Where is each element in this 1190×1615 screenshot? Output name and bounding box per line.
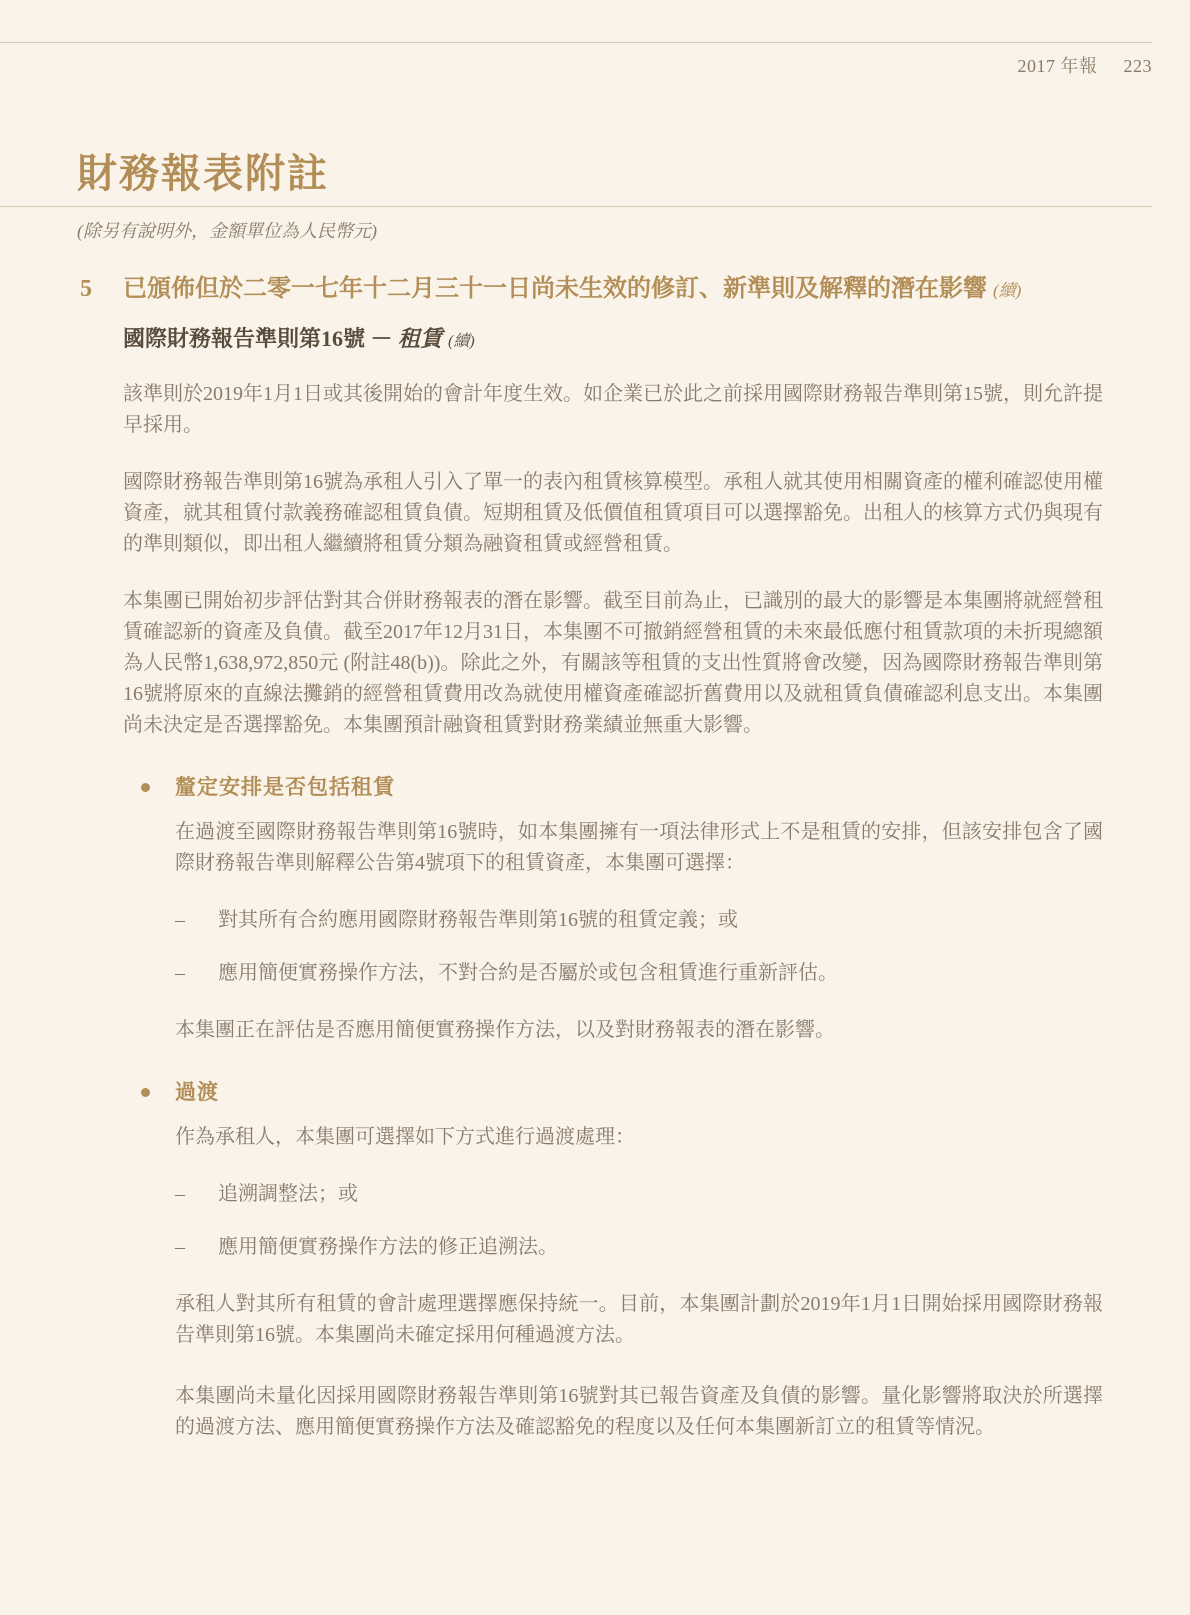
dash-icon: – [175, 905, 185, 936]
bullet-closing-paragraph: 本集團尚未量化因採用國際財務報告準則第16號對其已報告資產及負債的影響。量化影響… [175, 1381, 1103, 1443]
section-number: 5 [80, 272, 92, 306]
bullet-intro: 在過渡至國際財務報告準則第16號時，如本集團擁有一項法律形式上不是租賃的安排，但… [175, 817, 1103, 879]
list-item-text: 應用簡便實務操作方法的修正追溯法。 [218, 1236, 558, 1258]
report-page: 2017 年報223 財務報表附註 (除另有說明外，金額單位為人民幣元) 5 已… [0, 0, 1190, 1615]
page-header: 2017 年報223 [1018, 52, 1153, 78]
list-item: – 應用簡便實務操作方法的修正追溯法。 [175, 1232, 1103, 1263]
bullet-icon [141, 783, 150, 792]
bullet-closing-paragraph: 本集團正在評估是否應用簡便實務操作方法，以及對財務報表的潛在影響。 [175, 1015, 1103, 1046]
list-item-text: 追溯調整法；或 [218, 1183, 358, 1205]
list-item: – 追溯調整法；或 [175, 1179, 1103, 1210]
list-item-text: 應用簡便實務操作方法，不對合約是否屬於或包含租賃進行重新評估。 [218, 962, 838, 984]
section-heading-text: 已頒佈但於二零一七年十二月三十一日尚未生效的修訂、新準則及解釋的潛在影響 [123, 276, 987, 302]
list-item: – 對其所有合約應用國際財務報告準則第16號的租賃定義；或 [175, 905, 1103, 936]
dash-icon: – [175, 958, 185, 989]
paragraph: 本集團已開始初步評估對其合併財務報表的潛在影響。截至目前為止，已識別的最大的影響… [123, 586, 1103, 741]
section-heading: 5 已頒佈但於二零一七年十二月三十一日尚未生效的修訂、新準則及解釋的潛在影響(續… [123, 272, 1103, 308]
bullet-icon [141, 1088, 150, 1097]
subheading-continued-note: (續) [448, 333, 475, 350]
document-title: 財務報表附註 [77, 142, 329, 199]
bullet-heading: 釐定安排是否包括租賃 [175, 771, 1103, 803]
subheading-main: 國際財務報告準則第16號 － [123, 326, 398, 351]
bullet-intro: 作為承租人，本集團可選擇如下方式進行過渡處理： [175, 1122, 1103, 1153]
top-rule [0, 42, 1152, 43]
bullet-closing-paragraph: 承租人對其所有租賃的會計處理選擇應保持統一。目前，本集團計劃於2019年1月1日… [175, 1289, 1103, 1351]
section-continued-note: (續) [993, 281, 1021, 300]
standard-subheading: 國際財務報告準則第16號 － 租賃(續) [123, 322, 1103, 359]
currency-note: (除另有說明外，金額單位為人民幣元) [77, 217, 377, 243]
title-rule [0, 206, 1152, 207]
bullet-section-transition: 過渡 作為承租人，本集團可選擇如下方式進行過渡處理： – 追溯調整法；或 – 應… [123, 1076, 1103, 1443]
annual-report-label: 2017 年報 [1018, 56, 1098, 76]
bullet-heading: 過渡 [175, 1076, 1103, 1108]
subheading-emphasis: 租賃 [398, 326, 442, 351]
note-content: 5 已頒佈但於二零一七年十二月三十一日尚未生效的修訂、新準則及解釋的潛在影響(續… [123, 272, 1103, 1473]
list-item: – 應用簡便實務操作方法，不對合約是否屬於或包含租賃進行重新評估。 [175, 958, 1103, 989]
dash-icon: – [175, 1179, 185, 1210]
list-item-text: 對其所有合約應用國際財務報告準則第16號的租賃定義；或 [218, 909, 738, 931]
paragraph: 該準則於2019年1月1日或其後開始的會計年度生效。如企業已於此之前採用國際財務… [123, 379, 1103, 441]
bullet-section-lease-determination: 釐定安排是否包括租賃 在過渡至國際財務報告準則第16號時，如本集團擁有一項法律形… [123, 771, 1103, 1046]
dash-icon: – [175, 1232, 185, 1263]
page-number: 223 [1124, 56, 1153, 76]
paragraph: 國際財務報告準則第16號為承租人引入了單一的表內租賃核算模型。承租人就其使用相關… [123, 467, 1103, 560]
